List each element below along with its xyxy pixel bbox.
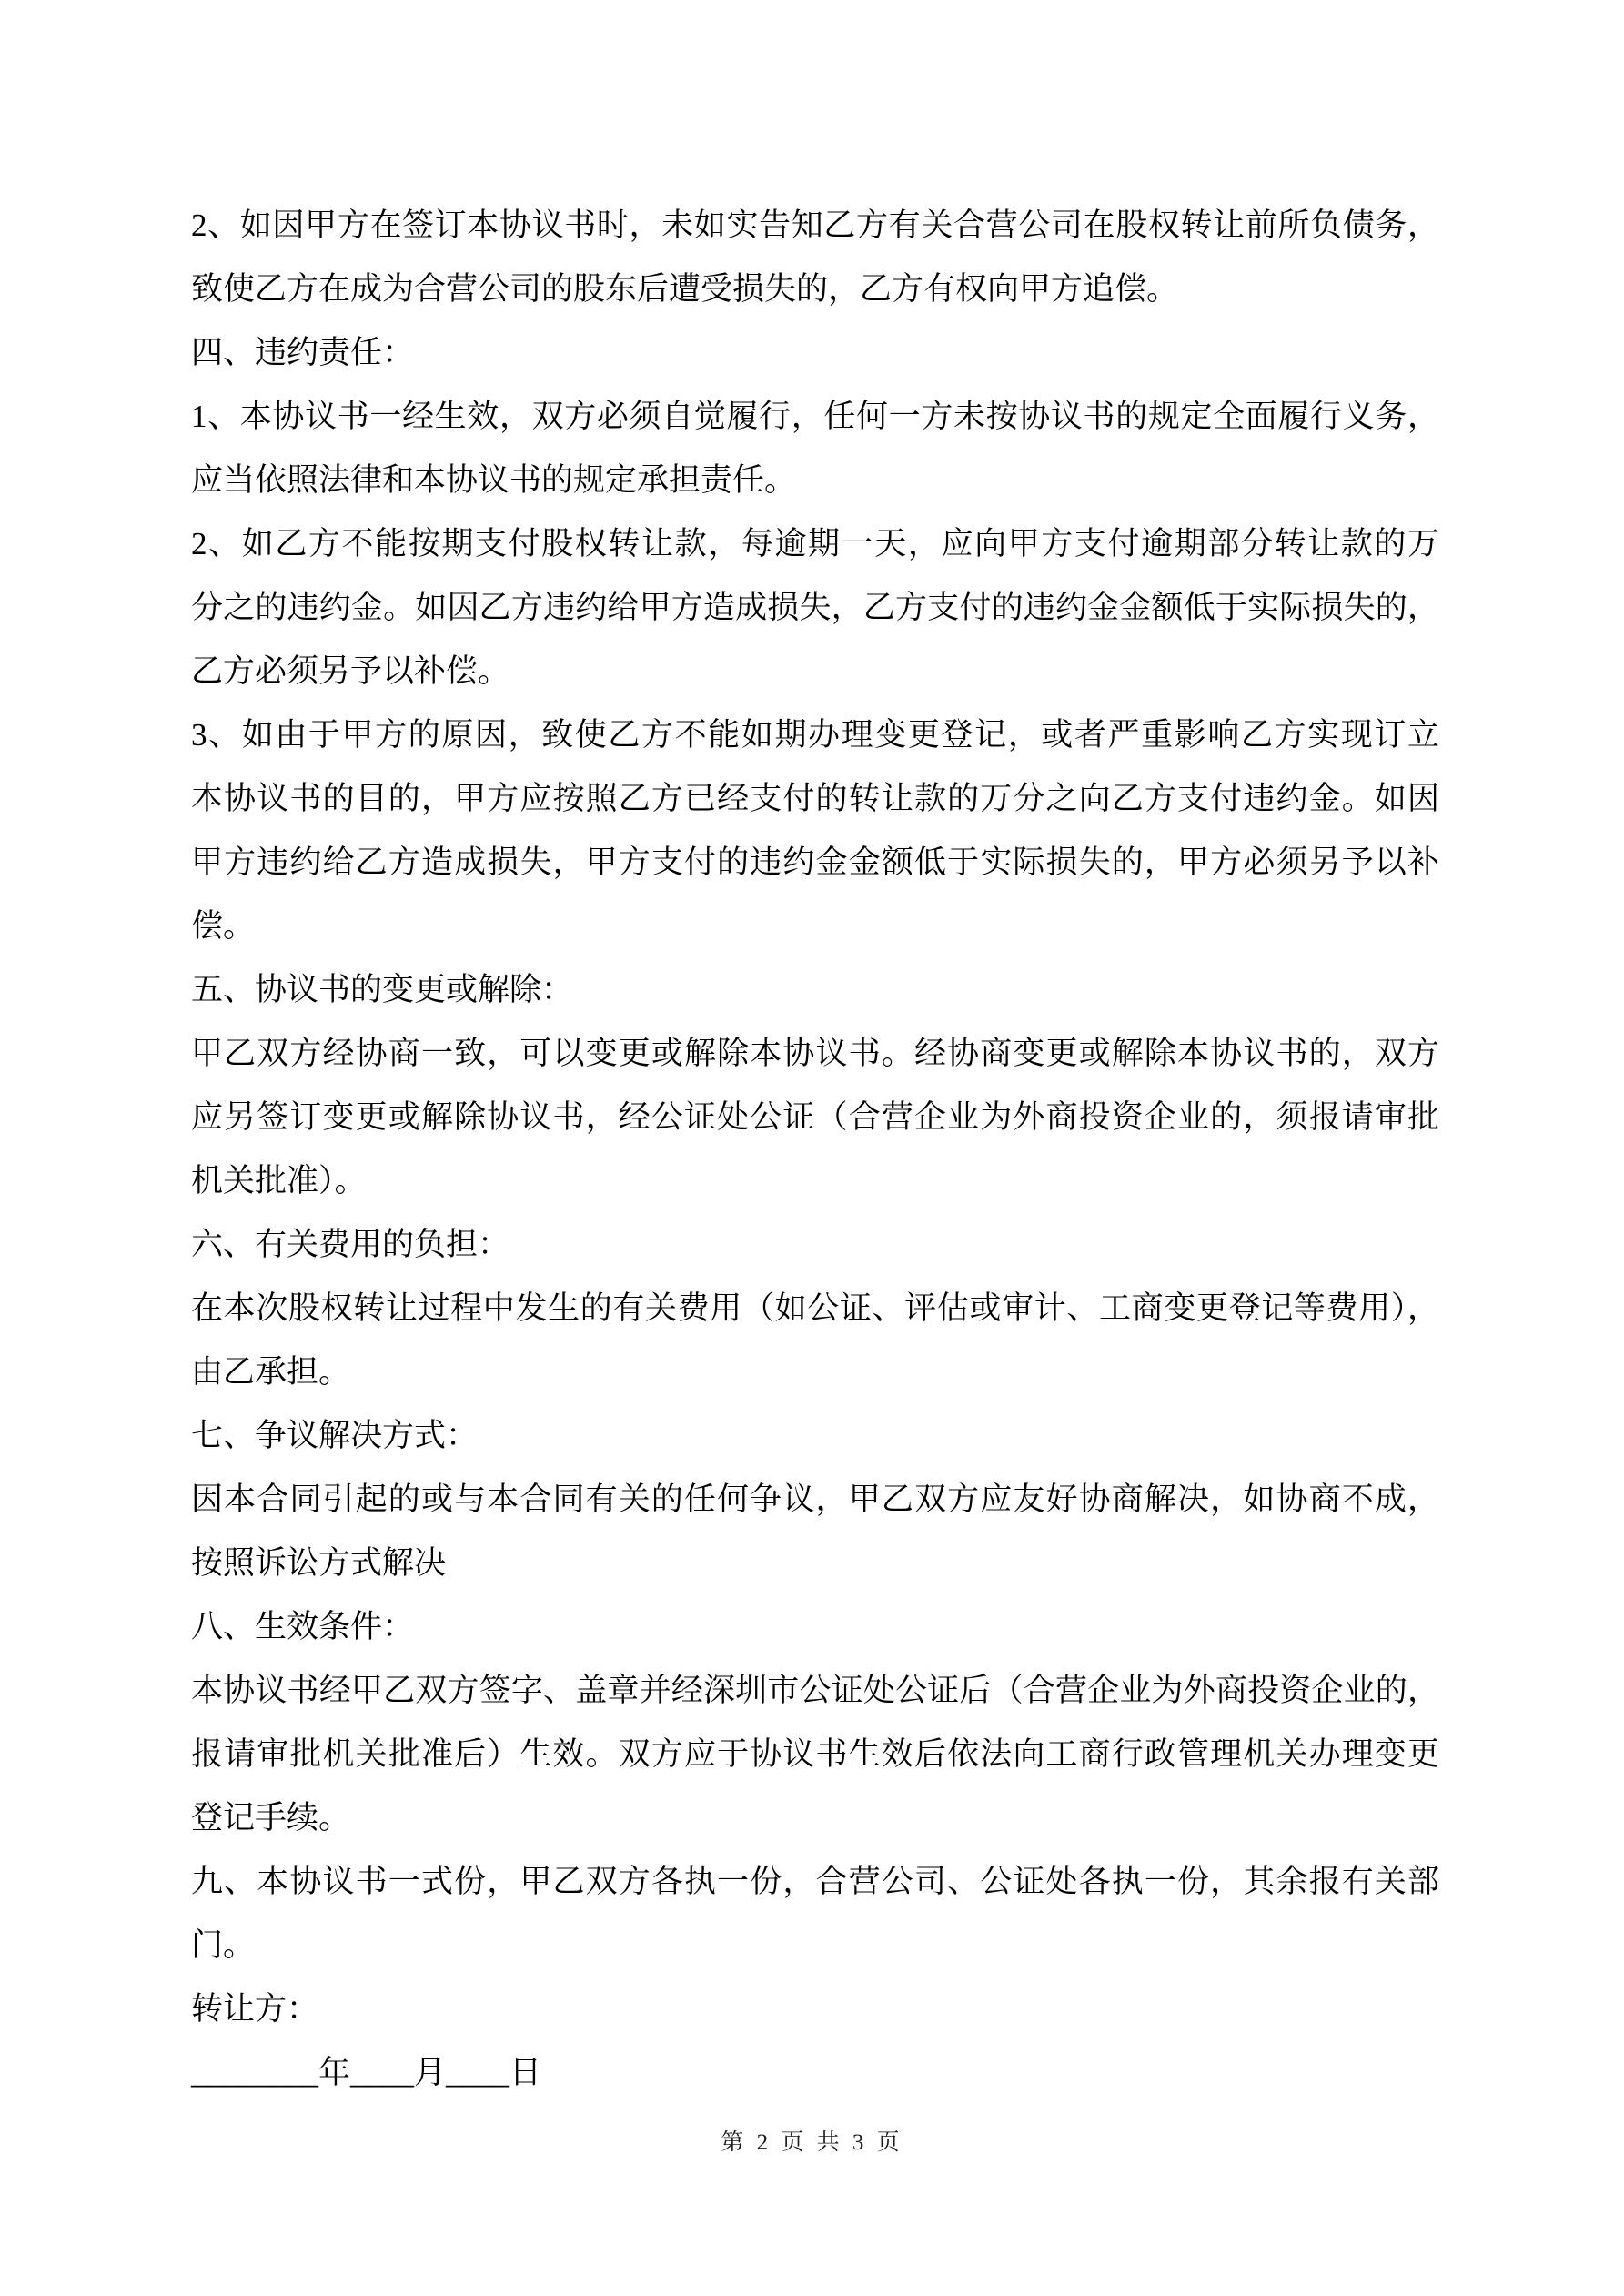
document-line: 致使乙方在成为合营公司的股东后遭受损失的，乙方有权向甲方追偿。	[191, 258, 1439, 321]
document-line: 2、如乙方不能按期支付股权转让款，每逾期一天，应向甲方支付逾期部分转让款的万	[191, 512, 1439, 576]
document-line: 因本合同引起的或与本合同有关的任何争议，甲乙双方应友好协商解决，如协商不成，	[191, 1468, 1439, 1532]
document-line: 由乙承担。	[191, 1340, 1439, 1404]
document-line: 应当依照法律和本协议书的规定承担责任。	[191, 449, 1439, 512]
document-line: 甲方违约给乙方造成损失，甲方支付的违约金金额低于实际损失的，甲方必须另予以补	[191, 831, 1439, 895]
document-line: 应另签订变更或解除协议书，经公证处公证（合营企业为外商投资企业的，须报请审批	[191, 1086, 1439, 1149]
document-line: 分之的违约金。如因乙方违约给甲方造成损失，乙方支付的违约金金额低于实际损失的，	[191, 576, 1439, 640]
document-line: ________年____月____日	[191, 2041, 1439, 2105]
document-line: 2、如因甲方在签订本协议书时，未如实告知乙方有关合营公司在股权转让前所负债务，	[191, 194, 1439, 258]
document-line: 八、生效条件：	[191, 1595, 1439, 1659]
document-line: 3、如由于甲方的原因，致使乙方不能如期办理变更登记，或者严重影响乙方实现订立	[191, 703, 1439, 767]
document-line: 报请审批机关批准后）生效。双方应于协议书生效后依法向工商行政管理机关办理变更	[191, 1723, 1439, 1786]
document-line: 在本次股权转让过程中发生的有关费用（如公证、评估或审计、工商变更登记等费用），	[191, 1277, 1439, 1340]
document-line: 偿。	[191, 895, 1439, 958]
page-number-footer: 第 2 页 共 3 页	[0, 2123, 1624, 2163]
contract-page: 2、如因甲方在签订本协议书时，未如实告知乙方有关合营公司在股权转让前所负债务，致…	[0, 0, 1624, 2296]
document-line: 九、本协议书一式份，甲乙双方各执一份，合营公司、公证处各执一份，其余报有关部	[191, 1850, 1439, 1914]
document-line: 转让方：	[191, 1977, 1439, 2041]
document-line: 门。	[191, 1914, 1439, 1977]
document-line: 五、协议书的变更或解除：	[191, 958, 1439, 1022]
document-line: 六、有关费用的负担：	[191, 1213, 1439, 1277]
document-line: 甲乙双方经协商一致，可以变更或解除本协议书。经协商变更或解除本协议书的，双方	[191, 1022, 1439, 1086]
document-line: 四、违约责任：	[191, 321, 1439, 385]
document-line: 1、本协议书一经生效，双方必须自觉履行，任何一方未按协议书的规定全面履行义务，	[191, 385, 1439, 449]
document-line: 按照诉讼方式解决	[191, 1532, 1439, 1595]
document-line: 登记手续。	[191, 1786, 1439, 1850]
document-line: 本协议书的目的，甲方应按照乙方已经支付的转让款的万分之向乙方支付违约金。如因	[191, 767, 1439, 831]
document-line: 乙方必须另予以补偿。	[191, 640, 1439, 703]
document-line: 机关批准）。	[191, 1149, 1439, 1213]
contract-body: 2、如因甲方在签订本协议书时，未如实告知乙方有关合营公司在股权转让前所负债务，致…	[191, 194, 1439, 2105]
document-line: 本协议书经甲乙双方签字、盖章并经深圳市公证处公证后（合营企业为外商投资企业的，	[191, 1659, 1439, 1723]
document-line: 七、争议解决方式：	[191, 1404, 1439, 1468]
